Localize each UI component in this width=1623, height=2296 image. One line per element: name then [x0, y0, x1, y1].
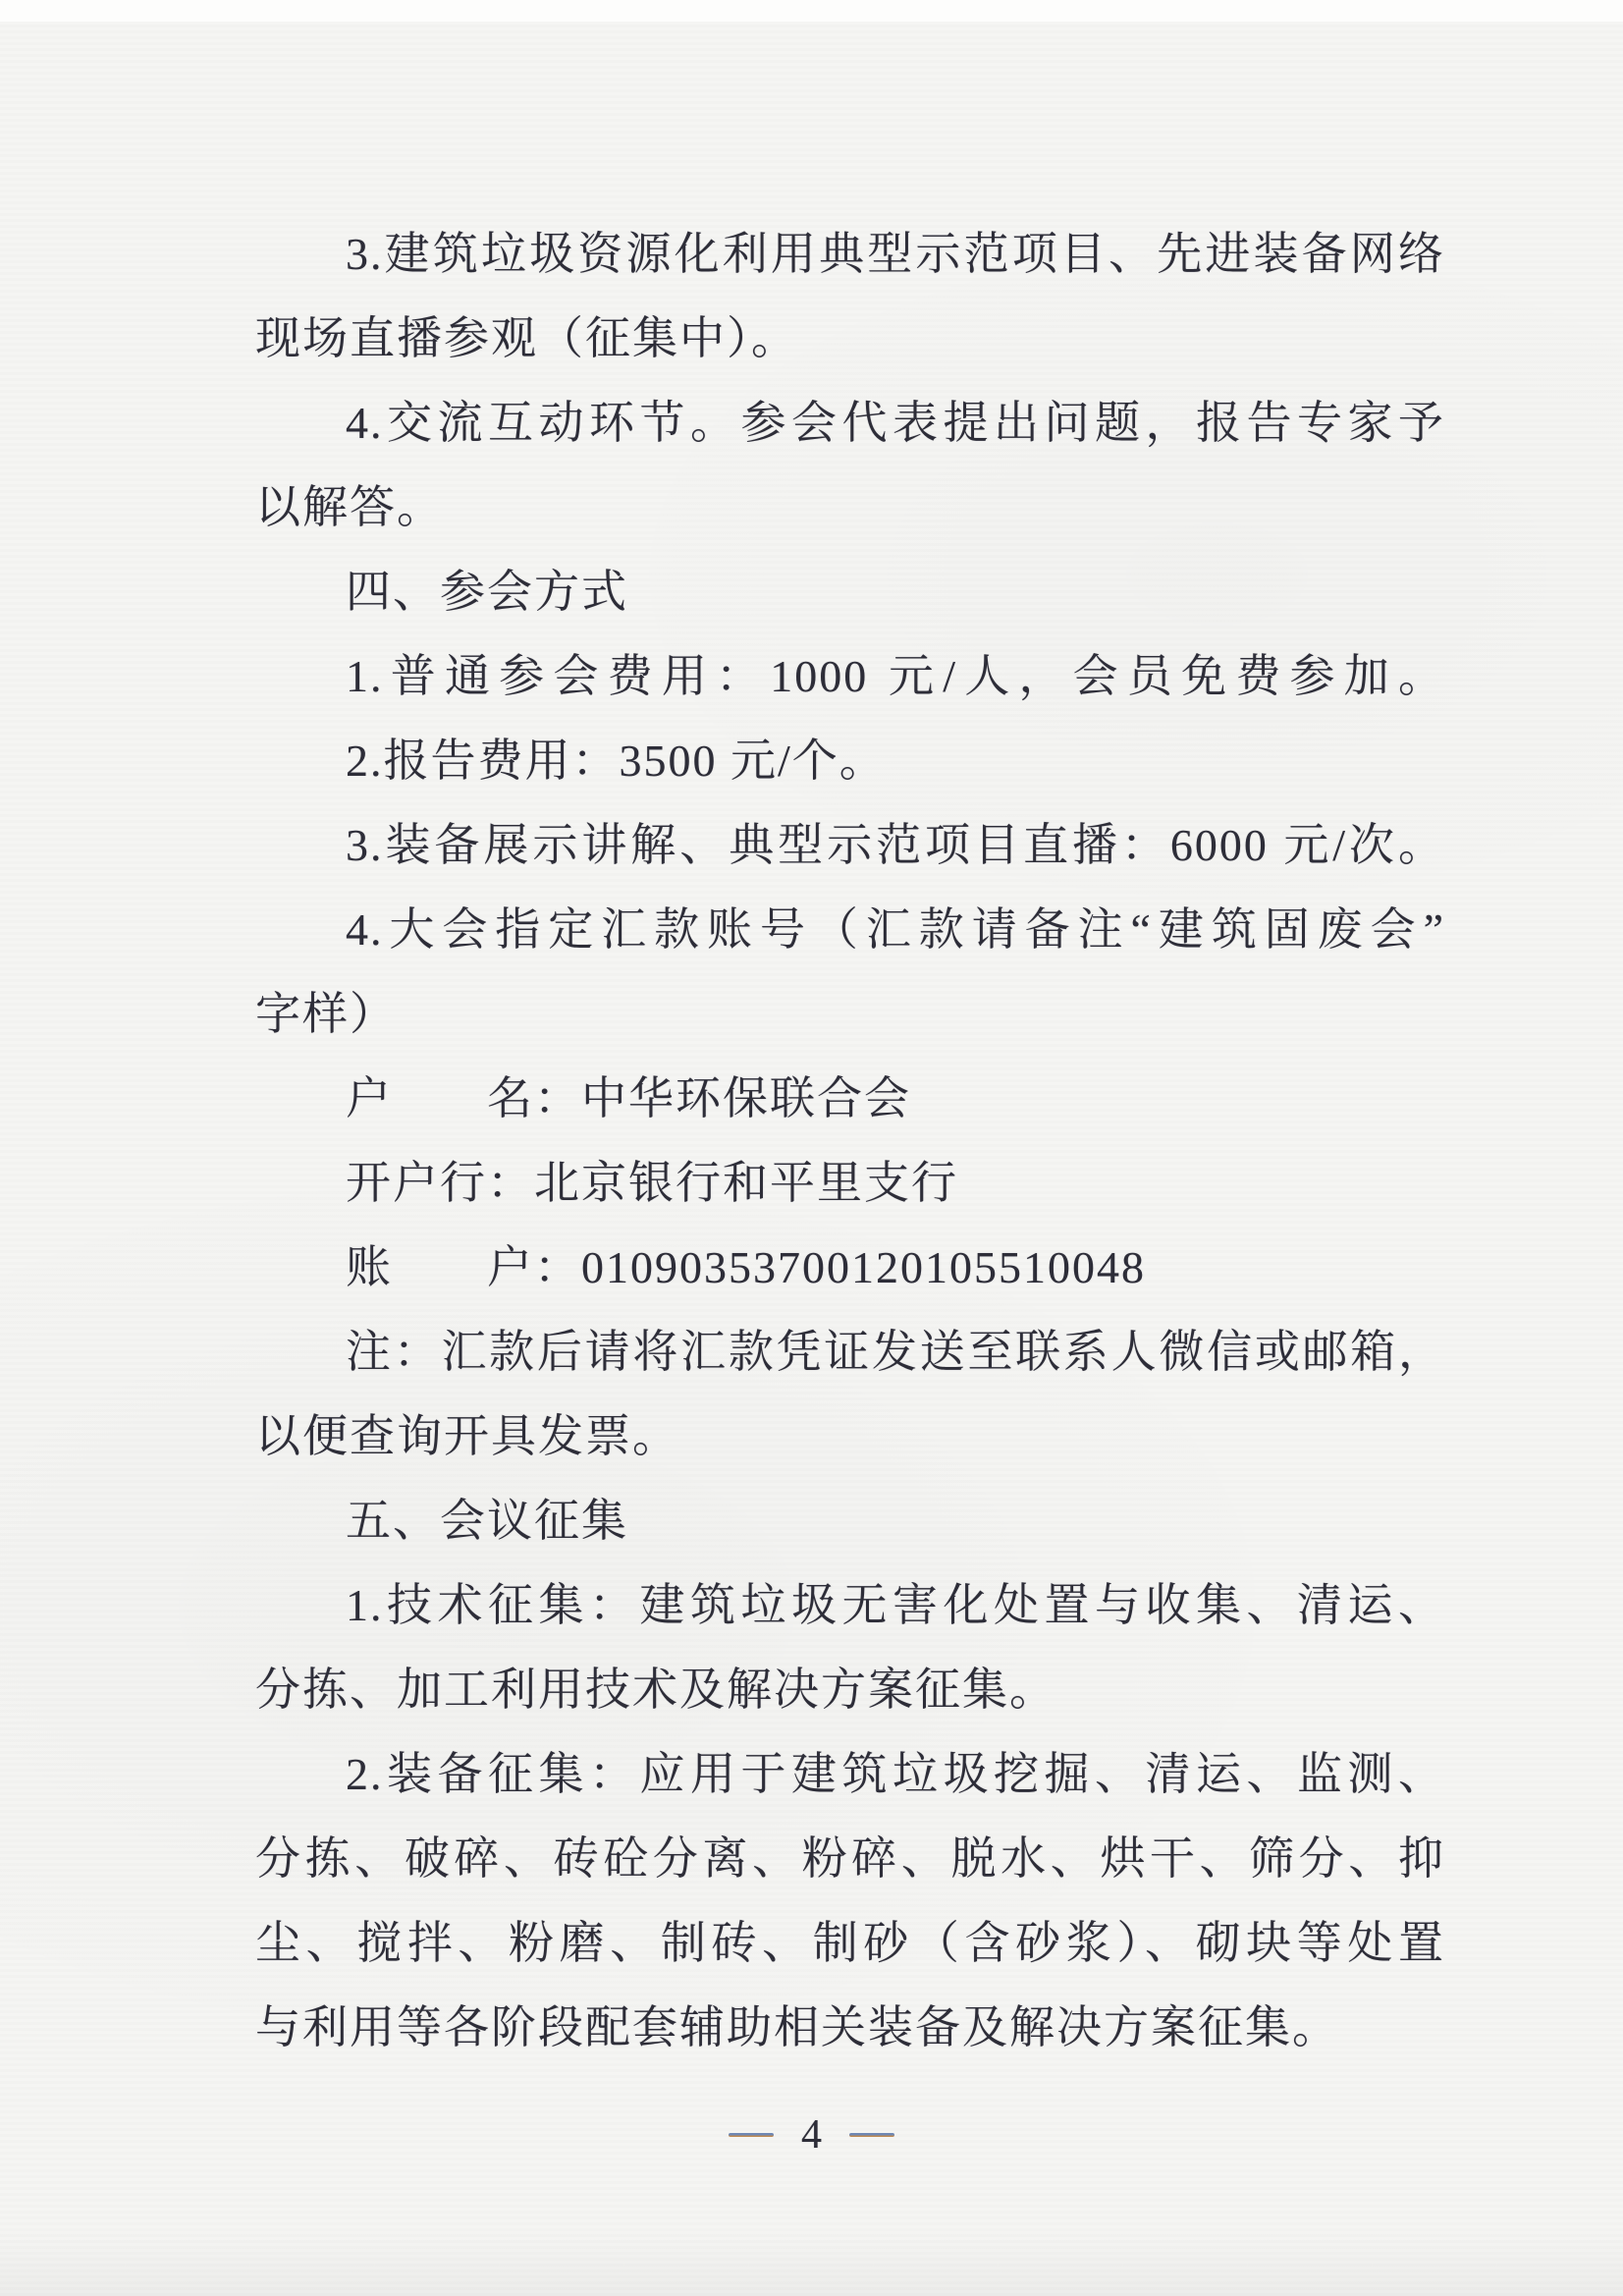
footer-dash-right	[849, 2133, 894, 2137]
scan-artifact-bottom	[0, 2227, 1623, 2296]
text-line: 3.装备展示讲解、典型示范项目直播：6000 元/次。	[255, 820, 1445, 872]
text-line: 以便查询开具发票。	[255, 1411, 1445, 1463]
account-name-line: 户 名：中华环保联合会	[255, 1073, 1445, 1125]
section-heading: 四、参会方式	[255, 567, 1445, 619]
text-line: 分拣、加工利用技术及解决方案征集。	[255, 1665, 1445, 1717]
text-line: 字样）	[255, 989, 1445, 1041]
text-line: 1.普通参会费用：1000 元/人，会员免费参加。	[255, 651, 1445, 703]
document-page: 3.建筑垃圾资源化利用典型示范项目、先进装备网络 现场直播参观（征集中）。 4.…	[0, 0, 1623, 2296]
text-line: 2.装备征集：应用于建筑垃圾挖掘、清运、监测、	[255, 1749, 1445, 1801]
text-line: 1.技术征集：建筑垃圾无害化处置与收集、清运、	[255, 1580, 1445, 1632]
section-heading: 五、会议征集	[255, 1496, 1445, 1548]
text-line: 与利用等各阶段配套辅助相关装备及解决方案征集。	[255, 2002, 1445, 2054]
text-line: 4.交流互动环节。参会代表提出问题，报告专家予	[255, 398, 1445, 450]
text-line: 以解答。	[255, 482, 1445, 534]
footer-dash-left	[729, 2133, 774, 2137]
text-line: 尘、搅拌、粉磨、制砖、制砂（含砂浆）、砌块等处置	[255, 1918, 1445, 1970]
text-line: 分拣、破碎、砖砼分离、粉碎、脱水、烘干、筛分、抑	[255, 1833, 1445, 1886]
page-footer: 4	[0, 2111, 1623, 2159]
account-number-line: 账 户：01090353700120105510048	[255, 1242, 1445, 1294]
text-line: 现场直播参观（征集中）。	[255, 313, 1445, 365]
bank-branch-line: 开户行：北京银行和平里支行	[255, 1158, 1445, 1210]
text-line: 3.建筑垃圾资源化利用典型示范项目、先进装备网络	[255, 229, 1445, 281]
text-line: 注：汇款后请将汇款凭证发送至联系人微信或邮箱，	[255, 1327, 1445, 1379]
scan-artifact-top	[0, 0, 1623, 22]
text-line: 4.大会指定汇款账号（汇款请备注“建筑固废会”	[255, 904, 1445, 957]
page-number: 4	[801, 2111, 822, 2159]
text-line: 2.报告费用：3500 元/个。	[255, 736, 1445, 788]
